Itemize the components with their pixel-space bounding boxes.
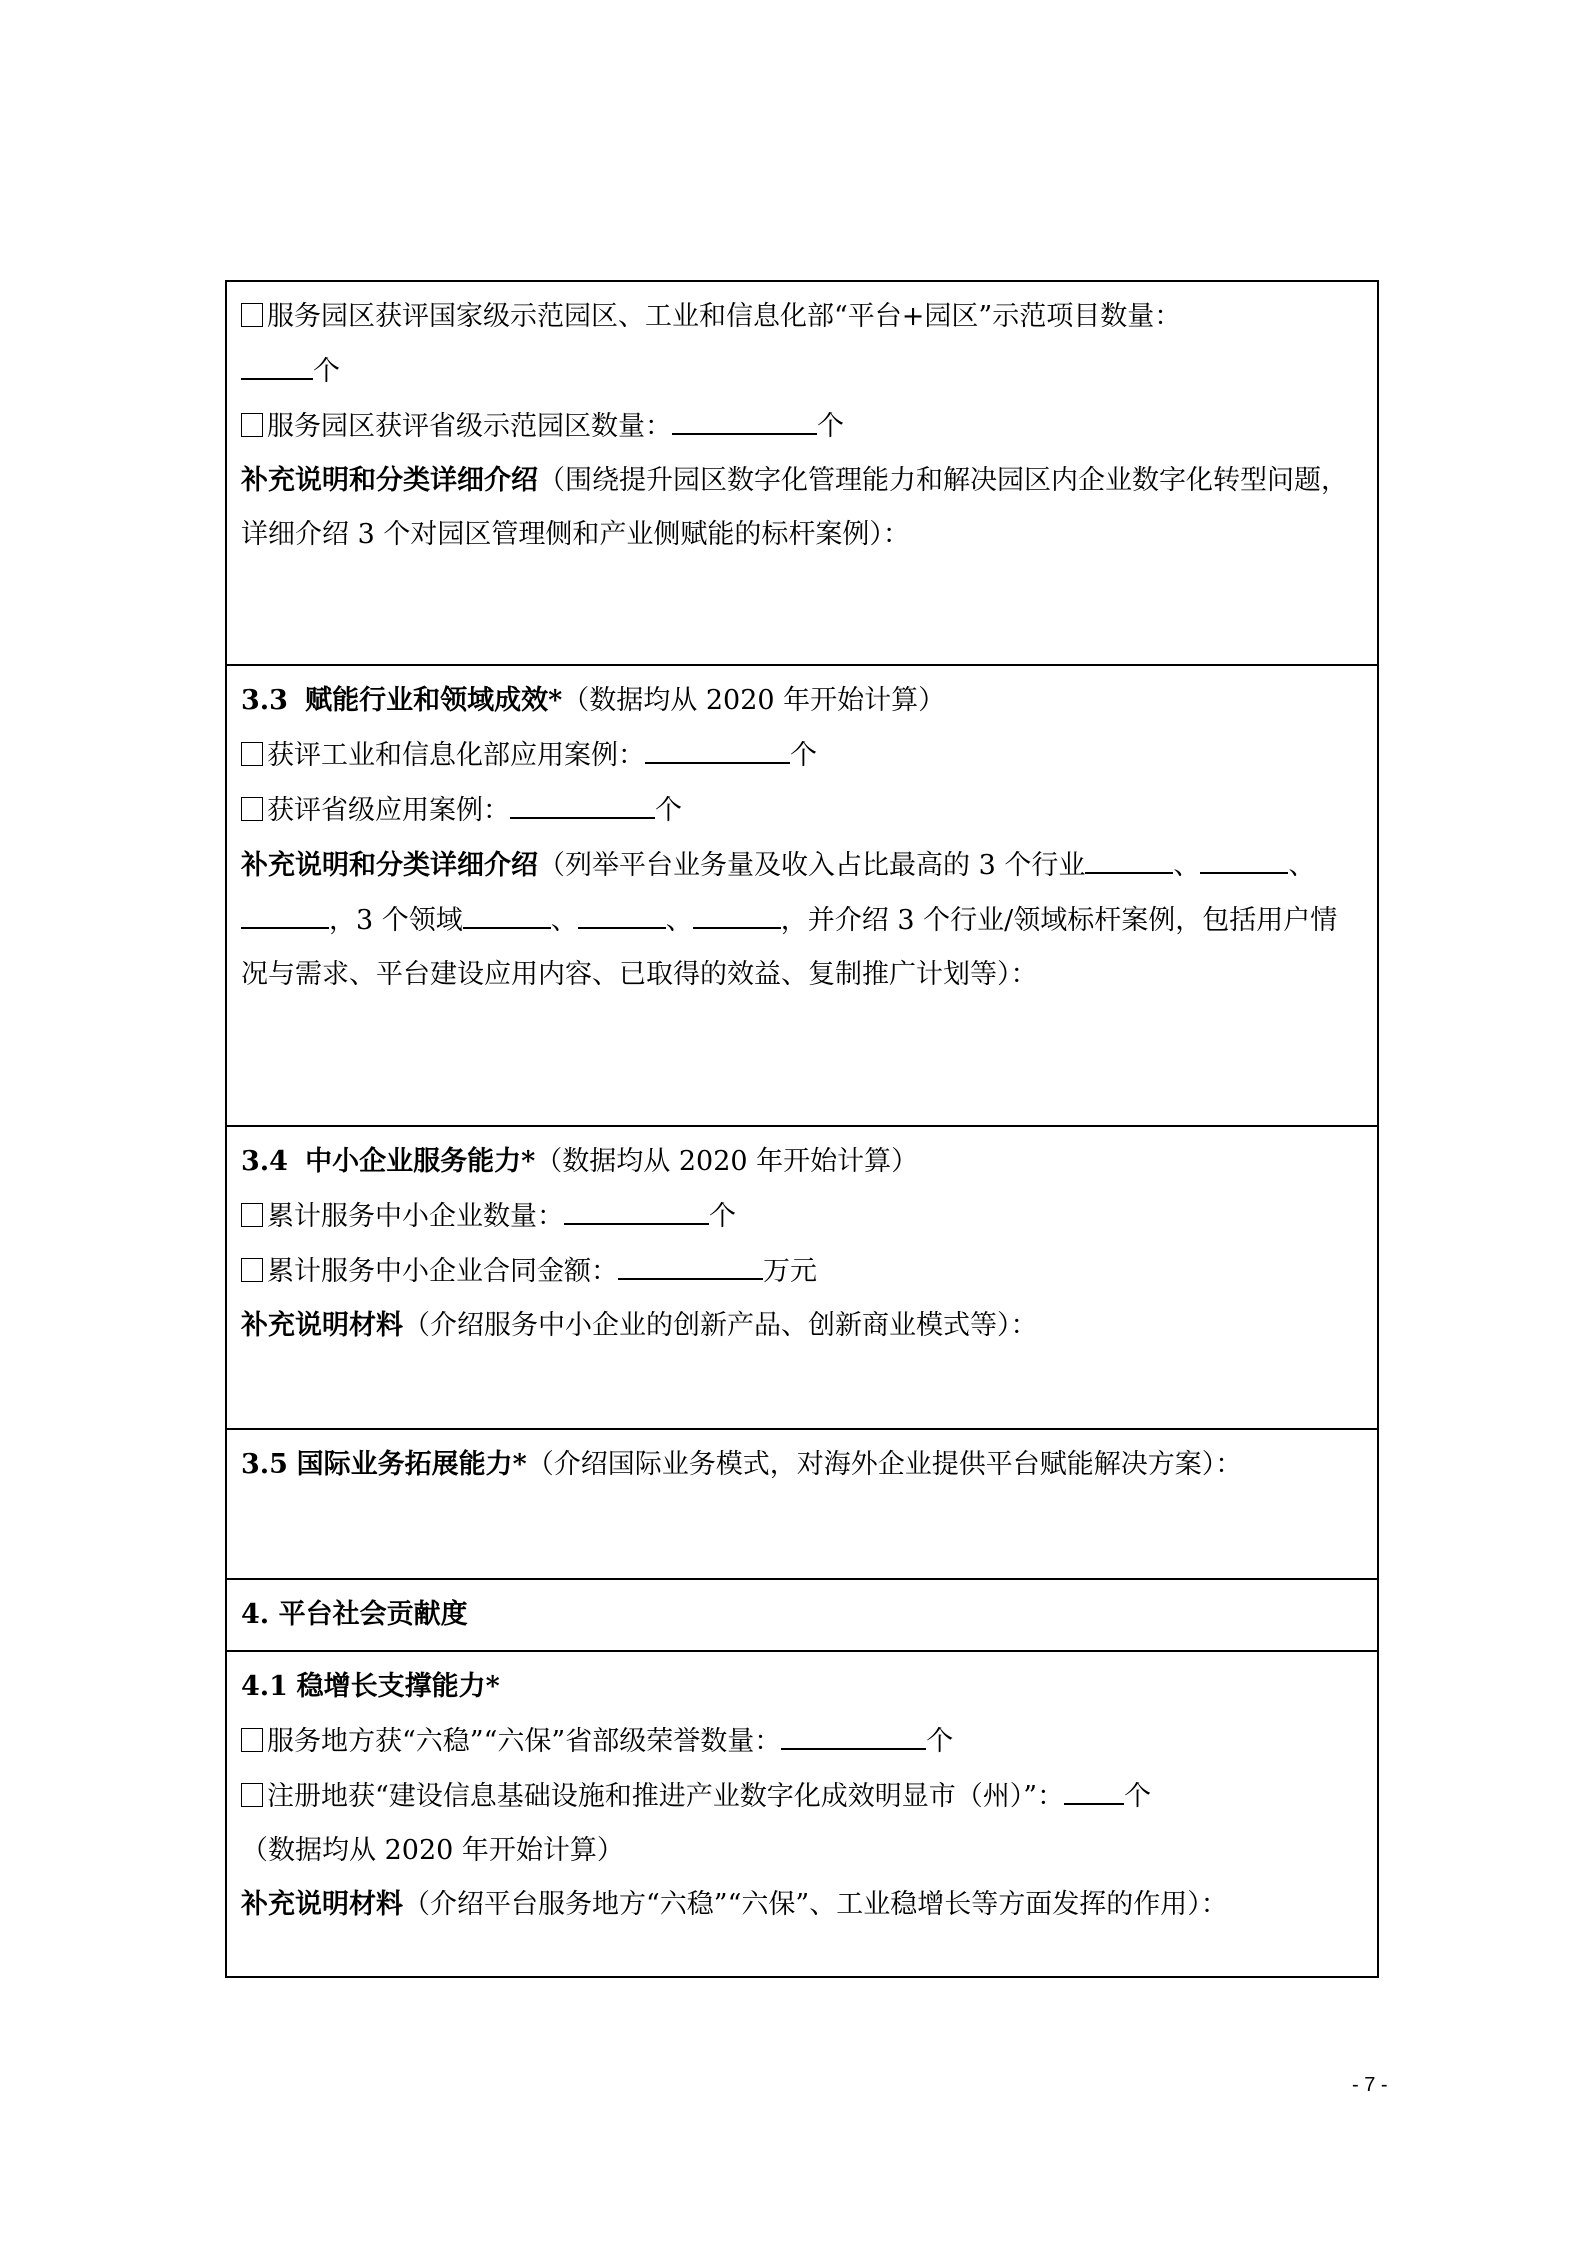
national-park-item: 服务园区获评国家级示范园区、工业和信息化部“平台+园区”示范项目数量： (241, 290, 1363, 344)
checkbox-registered-city[interactable] (241, 1783, 263, 1807)
section-3-2-continued-row: 服务园区获评国家级示范园区、工业和信息化部“平台+园区”示范项目数量： 个 服务… (226, 281, 1378, 665)
checkbox-miit-case[interactable] (241, 742, 263, 766)
sme-contract-amount-field[interactable] (618, 1244, 763, 1280)
miit-case-count-field[interactable] (645, 728, 790, 764)
domain-3-field[interactable] (693, 893, 781, 929)
miit-case-item: 获评工业和信息化部应用案例：个 (241, 728, 1363, 783)
section-4-1-title: 4.1 稳增长支撑能力* (241, 1660, 1363, 1714)
section-4-1-cell: 4.1 稳增长支撑能力* 服务地方获“六稳”“六保”省部级荣誉数量：个 注册地获… (226, 1651, 1378, 1977)
sme-count-field[interactable] (564, 1189, 709, 1225)
section-4-header-row: 4. 平台社会贡献度 (226, 1579, 1378, 1651)
honor-count-field[interactable] (781, 1714, 926, 1750)
page-number: - 7 - (1352, 2074, 1388, 2097)
provincial-park-count-field[interactable] (672, 399, 817, 435)
checkbox-national-park[interactable] (241, 303, 263, 327)
industry-1-field[interactable] (1085, 838, 1173, 874)
section-3-4-title: 3.4 中小企业服务能力*（数据均从 2020 年开始计算） (241, 1135, 1363, 1189)
section-3-5-cell: 3.5 国际业务拓展能力*（介绍国际业务模式，对海外企业提供平台赋能解决方案）： (226, 1429, 1378, 1579)
industry-3-field[interactable] (241, 893, 329, 929)
sme-count-item: 累计服务中小企业数量：个 (241, 1189, 1363, 1244)
sme-contract-item: 累计服务中小企业合同金额：万元 (241, 1244, 1363, 1299)
checkbox-honor-count[interactable] (241, 1728, 263, 1752)
checkbox-provincial-case[interactable] (241, 797, 263, 821)
supplementary-description: 补充说明和分类详细介绍（列举平台业务量及收入占比最高的 3 个行业、、，3 个领… (241, 838, 1363, 1002)
checkbox-sme-count[interactable] (241, 1203, 263, 1227)
section-4-1-row: 4.1 稳增长支撑能力* 服务地方获“六稳”“六保”省部级荣誉数量：个 注册地获… (226, 1651, 1378, 1977)
section-3-2-cell: 服务园区获评国家级示范园区、工业和信息化部“平台+园区”示范项目数量： 个 服务… (226, 281, 1378, 665)
section-3-5-row: 3.5 国际业务拓展能力*（介绍国际业务模式，对海外企业提供平台赋能解决方案）： (226, 1429, 1378, 1579)
supplementary-description: 补充说明材料（介绍服务中小企业的创新产品、创新商业模式等）： (241, 1299, 1363, 1353)
application-form-table: 服务园区获评国家级示范园区、工业和信息化部“平台+园区”示范项目数量： 个 服务… (225, 280, 1379, 1978)
section-3-3-cell: 3.3 赋能行业和领域成效*（数据均从 2020 年开始计算） 获评工业和信息化… (226, 665, 1378, 1126)
provincial-park-item: 服务园区获评省级示范园区数量：个 (241, 399, 1363, 454)
section-3-3-row: 3.3 赋能行业和领域成效*（数据均从 2020 年开始计算） 获评工业和信息化… (226, 665, 1378, 1126)
checkbox-provincial-park[interactable] (241, 413, 263, 437)
section-3-5-title: 3.5 国际业务拓展能力*（介绍国际业务模式，对海外企业提供平台赋能解决方案）： (241, 1438, 1363, 1492)
domain-2-field[interactable] (578, 893, 666, 929)
section-3-4-row: 3.4 中小企业服务能力*（数据均从 2020 年开始计算） 累计服务中小企业数… (226, 1126, 1378, 1429)
national-park-count-field[interactable] (241, 344, 313, 380)
domain-1-field[interactable] (463, 893, 551, 929)
honor-count-item: 服务地方获“六稳”“六保”省部级荣誉数量：个 (241, 1714, 1363, 1769)
data-period-note: （数据均从 2020 年开始计算） (241, 1824, 1363, 1878)
provincial-case-item: 获评省级应用案例：个 (241, 783, 1363, 838)
industry-2-field[interactable] (1200, 838, 1288, 874)
document-page: 服务园区获评国家级示范园区、工业和信息化部“平台+园区”示范项目数量： 个 服务… (0, 0, 1587, 2245)
supplementary-description: 补充说明和分类详细介绍（围绕提升园区数字化管理能力和解决园区内企业数字化转型问题… (241, 454, 1363, 562)
provincial-case-count-field[interactable] (510, 783, 655, 819)
section-4-title: 4. 平台社会贡献度 (226, 1579, 1378, 1651)
registered-city-count-field[interactable] (1064, 1769, 1124, 1805)
supplementary-description: 补充说明材料（介绍平台服务地方“六稳”“六保”、工业稳增长等方面发挥的作用）： (241, 1878, 1363, 1932)
section-3-3-title: 3.3 赋能行业和领域成效*（数据均从 2020 年开始计算） (241, 674, 1363, 728)
checkbox-sme-contract[interactable] (241, 1258, 263, 1282)
section-3-4-cell: 3.4 中小企业服务能力*（数据均从 2020 年开始计算） 累计服务中小企业数… (226, 1126, 1378, 1429)
registered-city-item: 注册地获“建设信息基础设施和推进产业数字化成效明显市（州）”：个 (241, 1769, 1363, 1824)
